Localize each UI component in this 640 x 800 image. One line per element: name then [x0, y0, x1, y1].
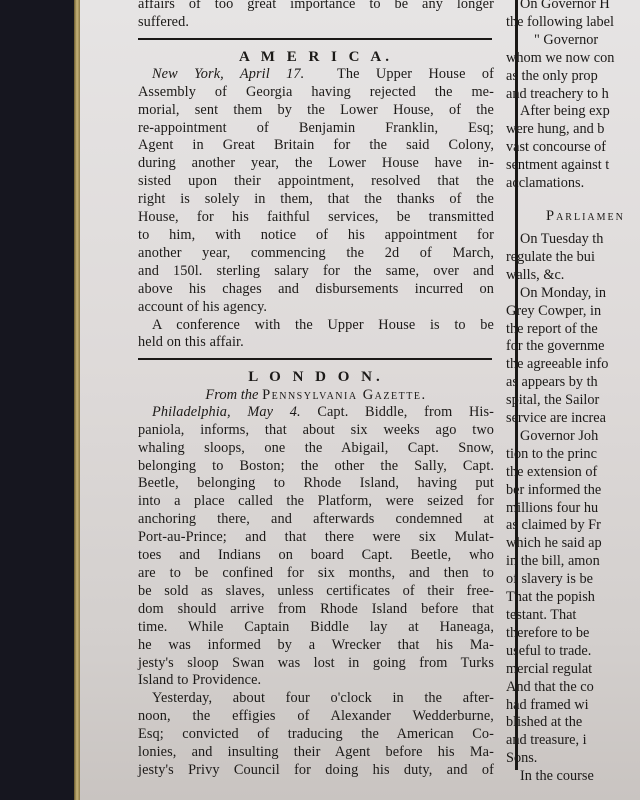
text-line: lonies, and insulting their Agent before… [138, 744, 494, 762]
text-line: the following label [506, 14, 640, 32]
text-line: belonging to Boston; the other the Sally… [138, 458, 494, 476]
text-line: Sons. [506, 750, 640, 768]
text-line: as the only prop [506, 68, 640, 86]
text-line: Philadelphia, May 4. Capt. Biddle, from … [138, 404, 494, 422]
text-line: to him, with notice of his appointment f… [138, 227, 494, 245]
text-line: account of his agency. [138, 299, 494, 317]
text-line: the extension of [506, 464, 640, 482]
text-line: another year, commencing the 2d of March… [138, 245, 494, 263]
text-line: testant. That [506, 607, 640, 625]
left-column: affairs of too great importance to be an… [138, 0, 494, 780]
dark-background [0, 0, 78, 800]
text-line: Agent in Great Britain for the said Colo… [138, 137, 494, 155]
text-line: during another year, the Lower House hav… [138, 155, 494, 173]
source-line: From the Pennsylvania Gazette. [138, 386, 494, 404]
text-line: After being exp [506, 103, 640, 121]
text-line: On Monday, in [506, 285, 640, 303]
text-line: held on this affair. [138, 334, 494, 352]
text-line: sisted upon their appointment, resolved … [138, 173, 494, 191]
text-line: Governor Joh [506, 428, 640, 446]
text-line: acclamations. [506, 175, 640, 193]
text-line: jesty's Privy Council for doing his duty… [138, 762, 494, 780]
text-line: walls, &c. [506, 267, 640, 285]
section-heading-america: A M E R I C A. [138, 48, 494, 66]
text-line: sentment against t [506, 157, 640, 175]
text-line: Beetle, belonging to Rhode Island, havin… [138, 475, 494, 493]
right-column: On Governor H the following label " Gove… [506, 0, 640, 786]
section-heading-parliament: Parliamen [506, 207, 640, 225]
text-line: in the bill, amon [506, 553, 640, 571]
text-line: above his chages and disbursements incur… [138, 281, 494, 299]
section-rule [138, 358, 492, 360]
text-line: be sold as slaves, unless certificates o… [138, 583, 494, 601]
text-line: noon, the effigies of Alexander Wedderbu… [138, 708, 494, 726]
text-line: suffered. [138, 14, 494, 32]
section-rule [138, 38, 492, 40]
text-line: blished at the [506, 714, 640, 732]
text-line: On Governor H [506, 0, 640, 14]
text-line: for the governme [506, 338, 640, 356]
text-line: as claimed by Fr [506, 517, 640, 535]
text-line: Grey Cowper, in [506, 303, 640, 321]
text-line: " Governor [506, 32, 640, 50]
text-line: mercial regulat [506, 661, 640, 679]
text-line: he was informed by a Wrecker that his Ma… [138, 637, 494, 655]
section-heading-london: L O N D O N. [138, 368, 494, 386]
text-line: which he said ap [506, 535, 640, 553]
text-line: whom we now con [506, 50, 640, 68]
text-line: of slavery is be [506, 571, 640, 589]
text-line: regulate the bui [506, 249, 640, 267]
text-line: Yesterday, about four o'clock in the aft… [138, 690, 494, 708]
text-line: spital, the Sailor [506, 392, 640, 410]
text-line: Port-au-Prince; and that there were six … [138, 529, 494, 547]
text-line: That the popish [506, 589, 640, 607]
dateline: New York, April 17. [152, 66, 304, 82]
text-line: were hung, and b [506, 121, 640, 139]
newspaper-page: affairs of too great importance to be an… [80, 0, 640, 800]
text-line: and 150l. sterling salary for the same, … [138, 263, 494, 281]
text-line: into a place called the Platform, were s… [138, 493, 494, 511]
text-line: vast concourse of [506, 139, 640, 157]
text-line: ber informed the [506, 482, 640, 500]
text-line: affairs of too great importance to be an… [138, 0, 494, 14]
text-line: therefore to be [506, 625, 640, 643]
text-line: In the course [506, 768, 640, 786]
text-line: anchoring there, and afterwards condemne… [138, 511, 494, 529]
text-line: time. While Captain Biddle lay at Haneag… [138, 619, 494, 637]
text-line: and treachery to h [506, 86, 640, 104]
text-line: had framed wi [506, 697, 640, 715]
text-line: morial, sent them by the Lower House, of… [138, 102, 494, 120]
text-line: dom should arrive from Rhode Island befo… [138, 601, 494, 619]
text-line: paniola, informs, that about six weeks a… [138, 422, 494, 440]
text-line: tion to the princ [506, 446, 640, 464]
text-line: On Tuesday th [506, 231, 640, 249]
text-line: New York, April 17. The Upper House of [138, 66, 494, 84]
text-line: as appears by th [506, 374, 640, 392]
text-line: and treasure, i [506, 732, 640, 750]
text-line: millions four hu [506, 500, 640, 518]
dateline: Philadelphia, May 4. [152, 404, 301, 420]
text-line: useful to trade. [506, 643, 640, 661]
text-line: right is solely in them, that the thanks… [138, 191, 494, 209]
text-line: House, for his faithful services, be tra… [138, 209, 494, 227]
text-line: toes and Indians on board Capt. Beetle, … [138, 547, 494, 565]
text-line: jesty's sloop Swan was lost in going fro… [138, 655, 494, 673]
text-line: Assembly of Georgia having rejected the … [138, 84, 494, 102]
text-line: Island to Providence. [138, 672, 494, 690]
text-line: whaling sloops, one the Abigail, Capt. S… [138, 440, 494, 458]
text-line: service are increa [506, 410, 640, 428]
text-line: A conference with the Upper House is to … [138, 317, 494, 335]
text-line: the agreeable info [506, 356, 640, 374]
text-line: Esq; convicted of traducing the American… [138, 726, 494, 744]
text-line: re-appointment of Benjamin Franklin, Esq… [138, 120, 494, 138]
text-line: are to be confined for six months, and t… [138, 565, 494, 583]
text-line: And that the co [506, 679, 640, 697]
text-line: the report of the [506, 321, 640, 339]
